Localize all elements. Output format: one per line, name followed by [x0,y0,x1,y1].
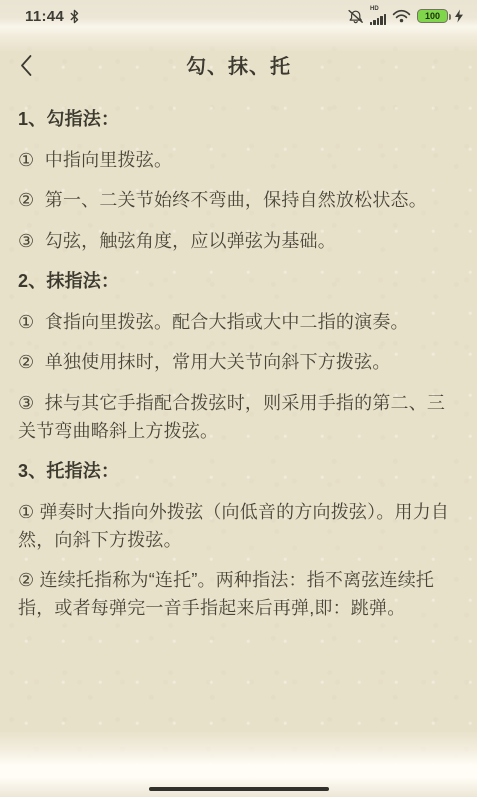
nav-bar: 勾、抹、托 [0,30,477,98]
list-item: ① 弹奏时大指向外拨弦（向低音的方向拨弦）。用力自然，向斜下方拨弦。 [18,498,461,554]
article-body: 1、勾指法： ① 中指向里拨弦。 ② 第一、二关节始终不弯曲，保持自然放松状态。… [0,97,477,635]
list-item: ② 连续托指称为“连托”。两种指法：指不离弦连续托指，或者每弹完一音手指起来后再… [18,566,461,622]
battery-nub [449,14,452,20]
charging-bolt-icon [454,9,464,23]
section-heading: 1、勾指法： [18,105,461,133]
bluetooth-icon [69,9,80,24]
list-item: ③ 抹与其它手指配合拨弦时，则采用手指的第二、三关节弯曲略斜上方拨弦。 [18,389,461,445]
list-item: ② 单独使用抹时，常用大关节向斜下方拨弦。 [18,348,461,376]
section-heading: 2、抹指法： [18,267,461,295]
wifi-icon [392,9,411,23]
section-heading: 3、托指法： [18,457,461,485]
section-tuo: 3、托指法： ① 弹奏时大指向外拨弦（向低音的方向拨弦）。用力自然，向斜下方拨弦… [18,457,461,622]
battery-icon: 100 [417,9,448,24]
mute-bell-icon [347,9,364,24]
status-bar: 11:44 HD [0,0,477,30]
hd-volte-label: HD [370,6,379,12]
battery-percent: 100 [425,11,440,21]
list-item: ② 第一、二关节始终不弯曲，保持自然放松状态。 [18,186,461,214]
section-gou: 1、勾指法： ① 中指向里拨弦。 ② 第一、二关节始终不弯曲，保持自然放松状态。… [18,105,461,255]
signal-icon: HD [370,7,386,25]
list-item: ① 中指向里拨弦。 [18,146,461,174]
list-item: ① 食指向里拨弦。配合大指或大中二指的演奏。 [18,308,461,336]
back-chevron-icon [19,54,33,77]
back-button[interactable] [8,47,44,83]
app-screen: 11:44 HD [0,0,477,797]
page-title: 勾、抹、托 [0,50,477,79]
clock: 11:44 [25,8,64,25]
section-mo: 2、抹指法： ① 食指向里拨弦。配合大指或大中二指的演奏。 ② 单独使用抹时，常… [18,267,461,445]
list-item: ③ 勾弦，触弦角度，应以弹弦为基础。 [18,227,461,255]
home-indicator[interactable] [149,787,329,791]
